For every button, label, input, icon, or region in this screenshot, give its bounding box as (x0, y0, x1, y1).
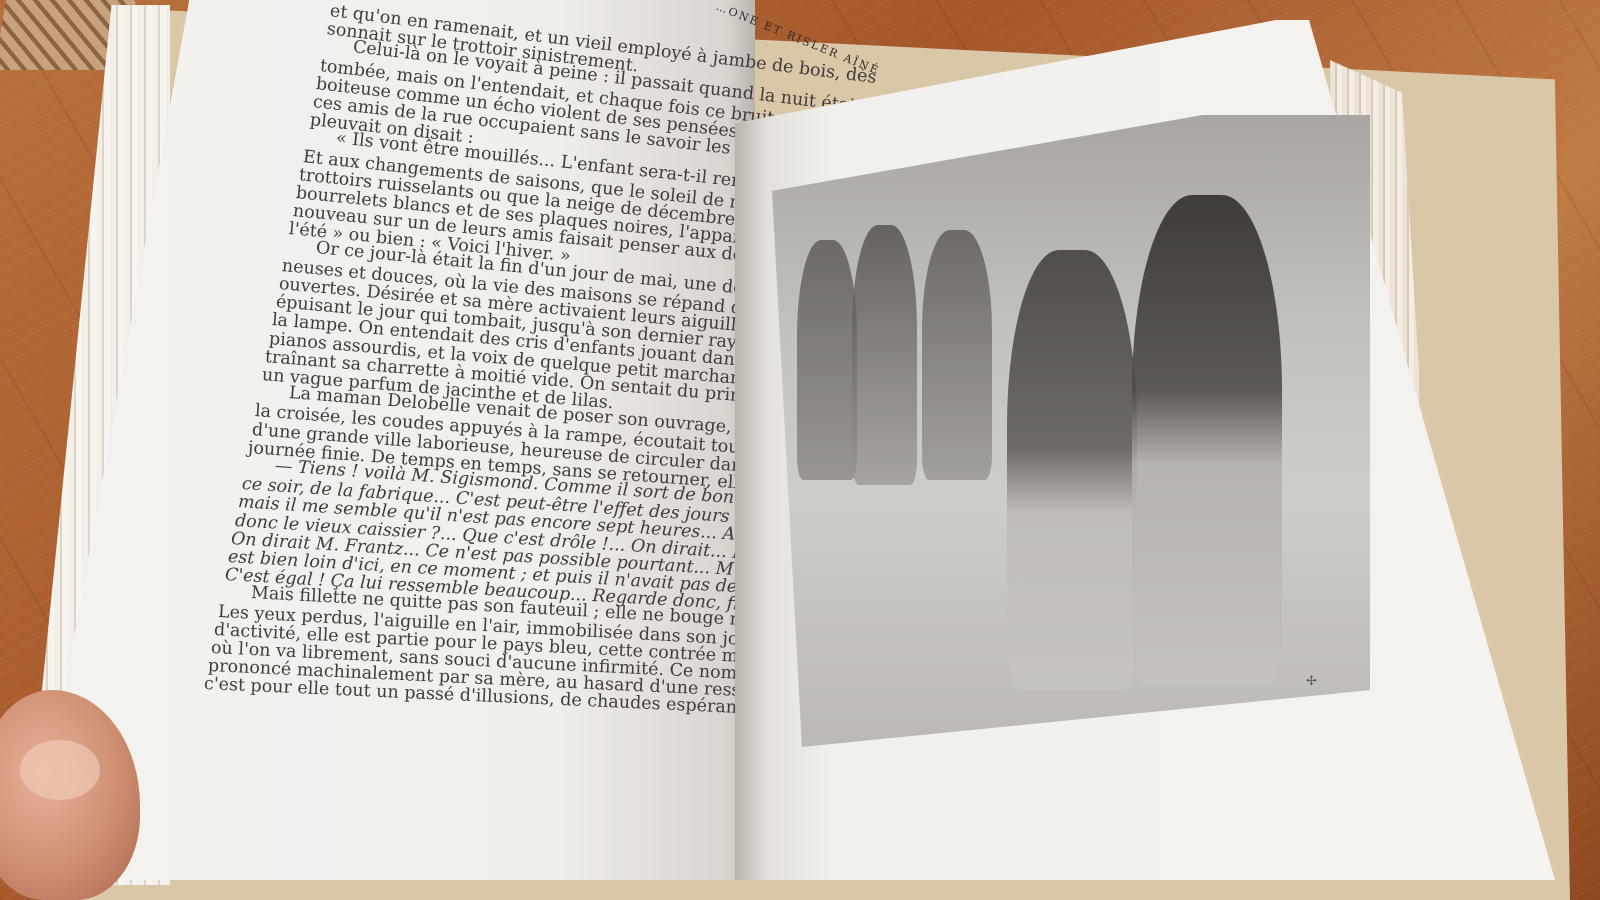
woman-figure-2 (852, 225, 917, 485)
woman-figure-1 (797, 240, 857, 480)
left-page-text: …ONE ET RISLER AÎNÉ et qu'on en ramenait… (200, 0, 760, 720)
artist-signature: ✢ (1306, 674, 1317, 689)
thumbnail-highlight (20, 740, 100, 800)
bald-man-figure (1007, 250, 1137, 690)
woman-figure-3 (922, 230, 992, 480)
bearded-man-figure (1132, 195, 1282, 685)
illustration (772, 115, 1370, 747)
